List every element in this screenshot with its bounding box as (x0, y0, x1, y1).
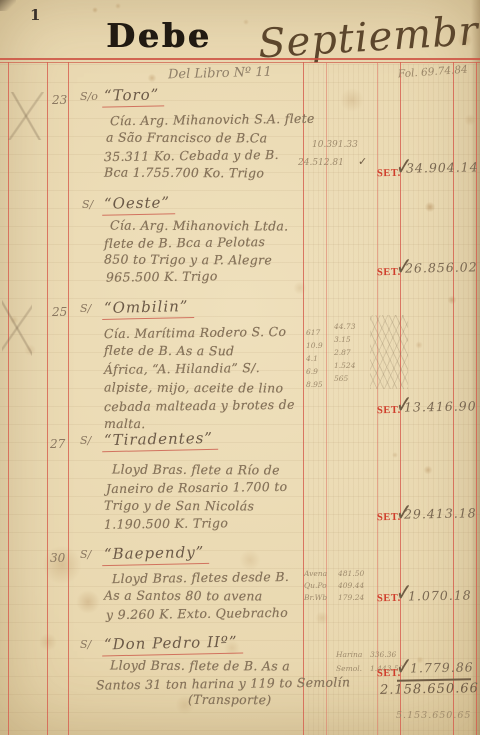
pencil-note: 44.73 (334, 320, 355, 333)
pencil-note: 565 (334, 372, 348, 385)
pencil-note: 336.36 (370, 648, 396, 661)
pencil-cross-mark (8, 92, 44, 140)
pencil-note: Br.Wb (304, 591, 327, 604)
red-horizontal-rule (0, 58, 480, 60)
pencil-note: Harina (336, 648, 362, 661)
page-number: 1 (30, 6, 40, 24)
entry-line: y 9.260 K. Exto. Quebracho (106, 605, 288, 622)
red-horizontal-rule (0, 62, 480, 63)
entry-date: 25 (52, 305, 67, 319)
entry-line: Santos 31 ton harina y 119 to Semolín (96, 674, 350, 692)
pencil-note: 6.9 (306, 365, 318, 378)
entry-line: Cía. Arg. Mihanovich Ltda. (110, 218, 289, 234)
pencil-note: 1.524 (334, 359, 355, 372)
entry-mark: S/ (82, 198, 93, 211)
pencil-note: 10.9 (306, 339, 323, 352)
entry-line: flete de B. Bca a Pelotas (104, 234, 265, 251)
entry-line: Cía. Marítima Rodero S. Co (104, 324, 286, 341)
entry-line: Lloyd Bras. fletes desde B. (112, 569, 289, 586)
ship-name: “Toro” (102, 85, 165, 107)
red-vertical-rule (8, 62, 9, 735)
ship-name: “Don Pedro IIº” (102, 633, 243, 657)
pencil-note: 8.95 (306, 378, 323, 391)
pencil-scribble (370, 315, 408, 389)
entry-date: 23 (52, 93, 67, 107)
entry-line: Bca 1.755.700 Ko. Trigo (104, 165, 264, 181)
red-vertical-rule (47, 62, 48, 735)
pencil-note: 3.15 (334, 333, 351, 346)
entry-amount: 13.416.90 (404, 398, 477, 414)
entry-line: cebada malteada y brotes de (104, 397, 295, 414)
entry-date: 30 (50, 551, 65, 565)
entry-line: a São Francisco de B.Ca (106, 130, 268, 146)
ship-name: “Tiradentes” (102, 429, 218, 452)
pencil-note: 4.1 (306, 352, 318, 365)
pencil-total: 5.153.650.65 (396, 710, 471, 721)
page-corner-shadow (0, 0, 16, 11)
page-title-debe: Debe (106, 16, 212, 55)
entry-line: 35.311 Ko. Cebada y de B. (104, 147, 279, 164)
entry-amount: 1.779.86 (410, 659, 474, 675)
entry-line: 1.190.500 K. Trigo (104, 515, 228, 532)
entry-line: África, “A. Hilandia” S/. (104, 360, 260, 377)
entry-amount: 29.413.18 (404, 505, 477, 521)
red-vertical-rule (68, 62, 69, 735)
entry-line: alpiste, mijo, aceite de lino (104, 380, 283, 396)
entry-date: 27 (50, 437, 65, 451)
pencil-note: 617 (306, 326, 320, 339)
pencil-note: 24.512.81 (298, 158, 344, 168)
ship-name: “Oeste” (102, 193, 176, 216)
entry-amount: 1.070.18 (408, 587, 472, 603)
ship-name: “Baependy” (102, 543, 210, 566)
entry-mark: S/ (80, 548, 91, 561)
source-note: Del Libro Nº 11 (168, 65, 272, 83)
red-vertical-rule (377, 62, 378, 735)
ship-name: “Ombilin” (102, 297, 194, 320)
check-mark: ✓ (358, 155, 367, 168)
entry-line: flete de B. As a Sud (104, 343, 234, 359)
entry-line: 850 to Trigo y a P. Alegre (104, 252, 272, 268)
entry-line: Cía. Arg. Mihanovich S.A. flete (110, 111, 315, 128)
ledger-page: 1 Debe Septiembre Del Libro Nº 11 Fol. 6… (0, 0, 480, 735)
entry-mark: S/ (80, 302, 91, 315)
page-total: 2.158.650.66 (380, 681, 479, 698)
entry-line: Janeiro de Rosario 1.700 to (106, 479, 288, 496)
entry-mark: S/o (80, 90, 98, 103)
entry-amount: 34.904.14 (406, 159, 479, 175)
entry-amount: 26.856.02 (405, 259, 478, 275)
entry-mark: S/ (80, 638, 91, 651)
entry-line: malta. (104, 416, 146, 431)
entry-line: (Transporte) (188, 692, 272, 707)
pencil-note: 2.87 (334, 346, 351, 359)
pencil-note: 10.391.33 (312, 140, 358, 150)
entry-mark: S/ (80, 434, 91, 447)
entry-line: As a Santos 80 to avena (104, 588, 263, 604)
pencil-cross-mark (2, 300, 32, 356)
pencil-note: 179.24 (338, 591, 364, 604)
entry-line: 965.500 K. Trigo (106, 268, 218, 284)
entry-line: Lloyd Bras. flete a Río de (112, 462, 280, 478)
folio-pencil-note: Fol. 69.74.84 (398, 64, 468, 81)
entry-line: Trigo y de San Nicolás (104, 498, 254, 514)
entry-line: Lloyd Bras. flete de B. As a (110, 658, 290, 674)
pencil-note: Semol. (336, 662, 362, 675)
